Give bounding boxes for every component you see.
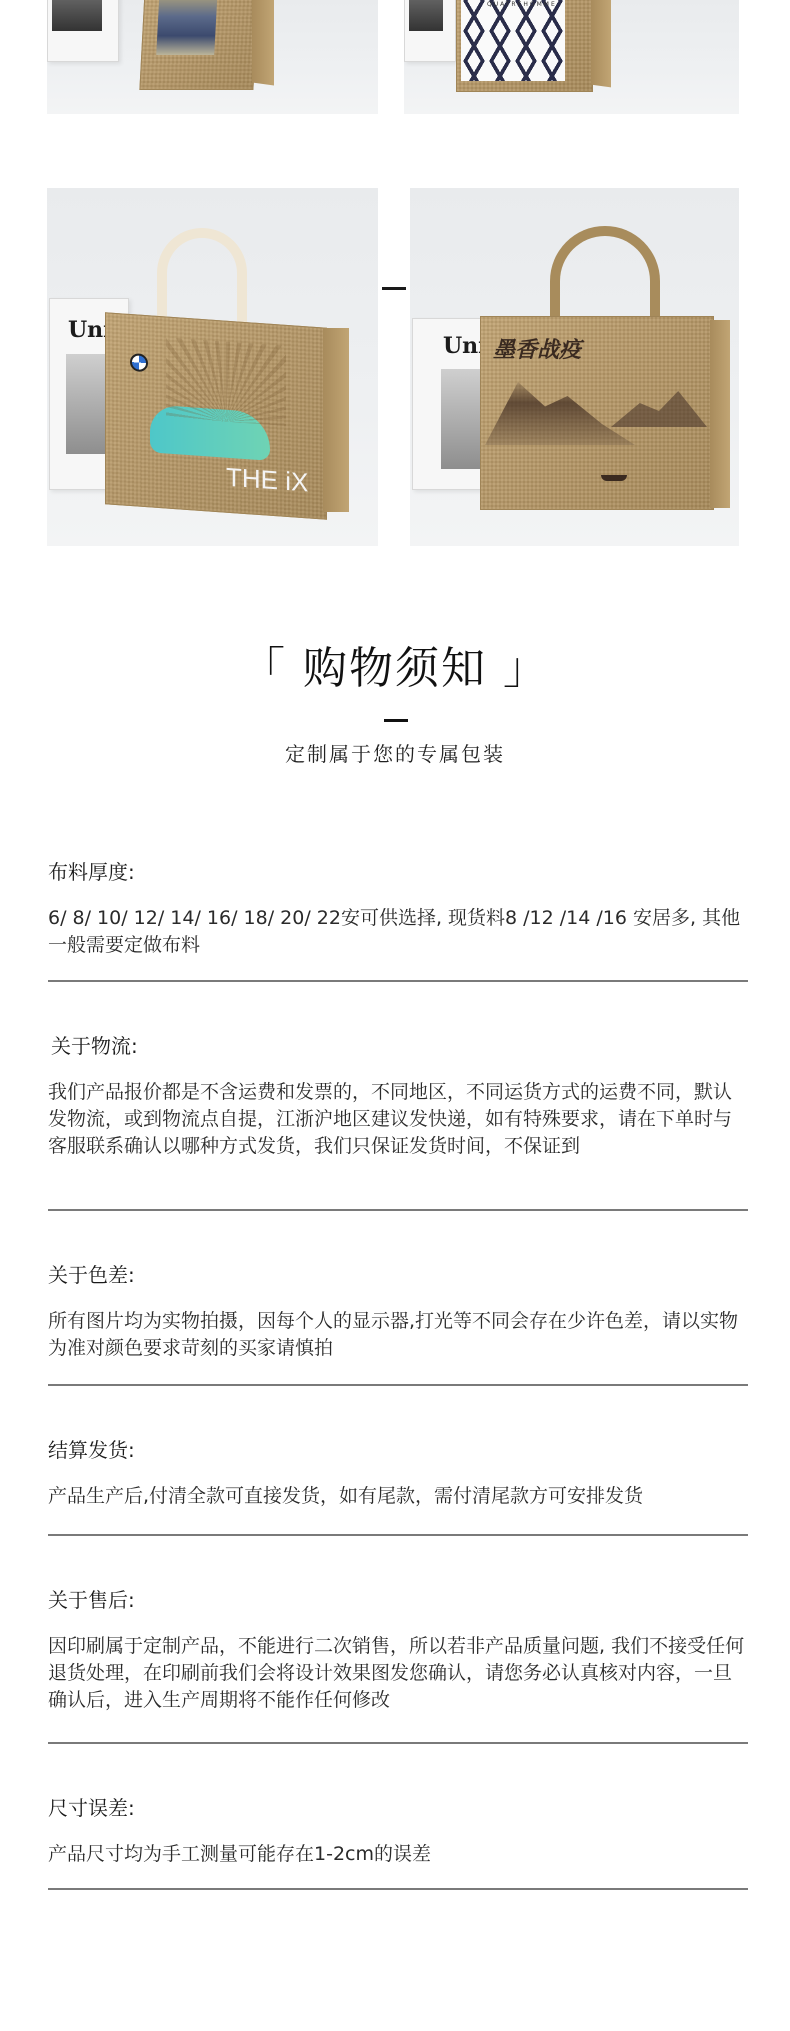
sunburst-print: [166, 338, 286, 426]
print-text: THE iX: [226, 462, 308, 499]
section-subtitle: 定制属于您的专属包装: [0, 738, 790, 767]
divider: [48, 980, 748, 982]
notice-heading: 关于售后:: [48, 1584, 748, 1613]
product-photo-ink-landscape-bag: Union 墨香战疫: [410, 188, 739, 546]
notice-settlement-shipping: 结算发货: 产品生产后,付清全款可直接发货，如有尾款，需付清尾款方可安排发货: [48, 1434, 748, 1510]
mountain-print: [485, 375, 635, 445]
notice-heading: 关于色差:: [48, 1259, 748, 1288]
decorative-dash: [382, 287, 406, 290]
print-text: 墨香战疫: [493, 333, 581, 364]
product-photo-geometric-bag: QUATREHOMME: [404, 0, 739, 114]
product-photo-bmw-bag: Union THE iX: [47, 188, 378, 546]
notice-fabric-thickness: 布料厚度: 6/ 8/ 10/ 12/ 14/ 16/ 18/ 20/ 22安可…: [48, 856, 748, 959]
notice-body: 我们产品报价都是不含运费和发票的，不同地区，不同运货方式的运费不同，默认发物流，…: [48, 1079, 748, 1160]
notice-body: 产品生产后,付清全款可直接发货，如有尾款，需付清尾款方可安排发货: [48, 1483, 748, 1510]
jute-tote-bag: THE iX: [105, 312, 327, 520]
divider: [48, 1209, 748, 1211]
divider: [48, 1888, 748, 1890]
mountain-print: [611, 387, 707, 427]
jute-tote-bag: [139, 0, 258, 90]
notice-body: 6/ 8/ 10/ 12/ 14/ 16/ 18/ 20/ 22安可供选择, 现…: [48, 905, 748, 959]
notice-heading: 布料厚度:: [48, 856, 748, 885]
bmw-logo-icon: [130, 353, 148, 372]
divider: [48, 1384, 748, 1386]
brand-text: QUATREHOMME: [487, 1, 557, 8]
notice-after-sales: 关于售后: 因印刷属于定制产品，不能进行二次销售，所以若非产品质量问题, 我们不…: [48, 1584, 748, 1714]
notice-body: 所有图片均为实物拍摄，因每个人的显示器,打光等不同会存在少许色差，请以实物为准对…: [48, 1308, 748, 1362]
bag-handle: [550, 226, 660, 328]
notice-heading: 尺寸误差:: [48, 1792, 748, 1821]
divider: [48, 1534, 748, 1536]
jute-tote-bag: 墨香战疫: [480, 316, 714, 510]
magazine-prop: [47, 0, 119, 62]
jute-tote-bag: QUATREHOMME: [456, 0, 593, 92]
notice-body: 因印刷属于定制产品，不能进行二次销售，所以若非产品质量问题, 我们不接受任何退货…: [48, 1633, 748, 1714]
notice-logistics: 关于物流: 我们产品报价都是不含运费和发票的，不同地区，不同运货方式的运费不同，…: [48, 1030, 748, 1160]
title-divider: [384, 719, 408, 722]
notice-body: 产品尺寸均为手工测量可能存在1-2cm的误差: [48, 1841, 748, 1868]
notice-color-difference: 关于色差: 所有图片均为实物拍摄，因每个人的显示器,打光等不同会存在少许色差，请…: [48, 1259, 748, 1362]
product-photo-photo-print-bag: [47, 0, 378, 114]
boat-print: [601, 475, 627, 481]
bag-handle: [157, 228, 247, 330]
section-title: 「 购物须知 」: [0, 632, 790, 696]
photo-print: [156, 0, 217, 55]
notice-heading: 关于物流:: [48, 1030, 748, 1059]
notice-size-tolerance: 尺寸误差: 产品尺寸均为手工测量可能存在1-2cm的误差: [48, 1792, 748, 1868]
divider: [48, 1742, 748, 1744]
geometric-print: [461, 0, 565, 81]
notice-heading: 结算发货:: [48, 1434, 748, 1463]
magazine-prop: [404, 0, 456, 62]
